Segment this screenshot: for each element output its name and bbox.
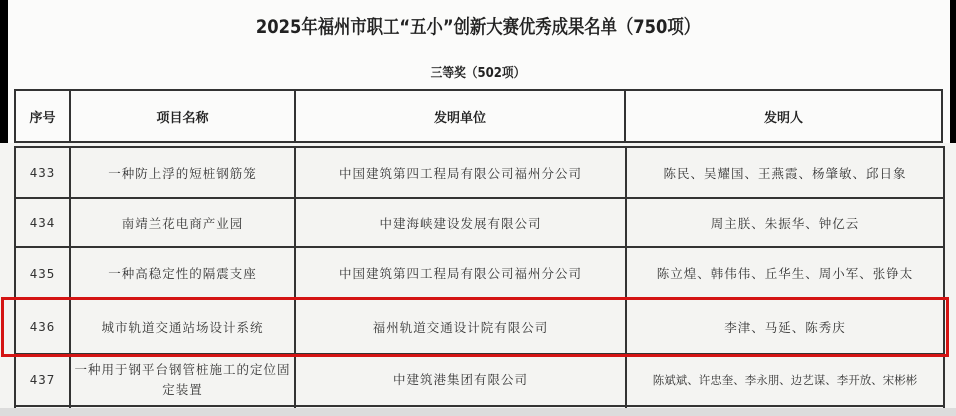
row-no: 437	[15, 354, 70, 406]
table-row: 437 一种用于钢平台钢管桩施工的定位固定装置 中建筑港集团有限公司 陈斌斌、许…	[15, 354, 944, 406]
table-row: 433 一种防上浮的短桩钢筋笼 中国建筑第四工程局有限公司福州分公司 陈民、吴耀…	[15, 147, 944, 198]
table-header: 序号 项目名称 发明单位 发明人	[14, 89, 943, 143]
table-row-highlighted: 436 城市轨道交通站场设计系统 福州轨道交通设计院有限公司 李津、马延、陈秀庆	[15, 299, 944, 354]
row-no: 436	[15, 299, 70, 354]
header-unit: 发明单位	[295, 90, 625, 142]
row-inventors: 陈立煌、韩伟伟、丘华生、周小军、张铮太	[626, 247, 944, 299]
row-unit: 中建海峡建设发展有限公司	[295, 198, 626, 247]
row-no: 434	[15, 198, 70, 247]
right-black-border	[950, 0, 956, 143]
row-no: 435	[15, 247, 70, 299]
row-inventors: 陈民、吴耀国、王燕霞、杨肇敏、邱日象	[626, 147, 944, 198]
bottom-edge	[0, 408, 956, 416]
header-inventors: 发明人	[625, 90, 942, 142]
header-project: 项目名称	[70, 90, 295, 142]
row-inventors: 陈斌斌、许忠奎、李永朋、边艺谋、李开放、宋彬彬	[626, 354, 944, 406]
row-project: 一种高稳定性的隔震支座	[70, 247, 295, 299]
document-title: 2025年福州市职工“五小”创新大赛优秀成果名单（750项）	[67, 12, 889, 39]
row-project: 一种用于钢平台钢管桩施工的定位固定装置	[70, 354, 295, 406]
row-project: 南靖兰花电商产业园	[70, 198, 295, 247]
header-no: 序号	[15, 90, 70, 142]
table-row: 435 一种高稳定性的隔震支座 中国建筑第四工程局有限公司福州分公司 陈立煌、韩…	[15, 247, 944, 299]
row-unit: 福州轨道交通设计院有限公司	[295, 299, 626, 354]
row-unit: 中国建筑第四工程局有限公司福州分公司	[295, 147, 626, 198]
row-unit: 中建筑港集团有限公司	[295, 354, 626, 406]
row-project: 一种防上浮的短桩钢筋笼	[70, 147, 295, 198]
row-inventors: 周主朕、朱振华、钟亿云	[626, 198, 944, 247]
awards-table: 433 一种防上浮的短桩钢筋笼 中国建筑第四工程局有限公司福州分公司 陈民、吴耀…	[14, 146, 945, 416]
row-project: 城市轨道交通站场设计系统	[70, 299, 295, 354]
row-inventors: 李津、马延、陈秀庆	[626, 299, 944, 354]
table-row: 434 南靖兰花电商产业园 中建海峡建设发展有限公司 周主朕、朱振华、钟亿云	[15, 198, 944, 247]
row-unit: 中国建筑第四工程局有限公司福州分公司	[295, 247, 626, 299]
left-black-border	[0, 0, 8, 143]
section-title: 三等奖（502项）	[48, 62, 908, 81]
row-no: 433	[15, 147, 70, 198]
